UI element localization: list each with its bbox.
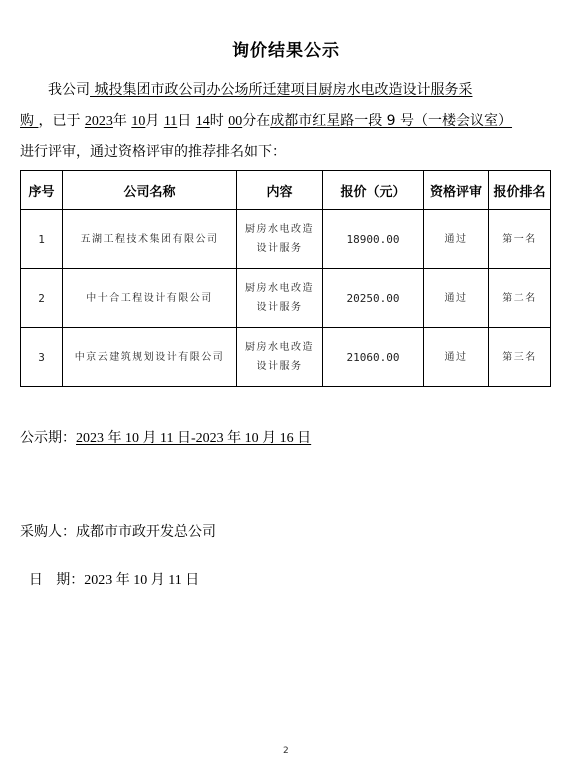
document-date: 日 期：2023 年 10 月 11 日 bbox=[20, 553, 199, 589]
content-line-1: 厨房水电改造 bbox=[245, 342, 314, 353]
content-line-2: 设计服务 bbox=[257, 243, 303, 254]
publicity-period: 公示期：2023 年 10 月 11 日-2023 年 10 月 16 日 bbox=[20, 427, 311, 447]
cell-review: 通过 bbox=[424, 269, 489, 328]
review-day: 11 bbox=[164, 114, 177, 129]
content-line-2: 设计服务 bbox=[257, 361, 303, 372]
cell-content: 厨房水电改造设计服务 bbox=[237, 210, 323, 269]
minute-unit: 分在 bbox=[242, 113, 270, 129]
publicity-value: 2023 年 10 月 11 日-2023 年 10 月 16 日 bbox=[76, 431, 311, 446]
cell-rank: 第二名 bbox=[489, 269, 551, 328]
table-header-row: 序号 公司名称 内容 报价（元） 资格评审 报价排名 bbox=[21, 171, 551, 210]
cell-price: 18900.00 bbox=[323, 210, 424, 269]
document-title: 询价结果公示 bbox=[0, 36, 572, 61]
cell-review: 通过 bbox=[424, 210, 489, 269]
intro-line-3: 进行评审，通过资格评审的推荐排名如下： bbox=[20, 137, 550, 168]
publicity-label: 公示期： bbox=[20, 430, 76, 446]
cell-company: 五湖工程技术集团有限公司 bbox=[63, 210, 237, 269]
table-row: 3 中京云建筑规划设计有限公司 厨房水电改造设计服务 21060.00 通过 第… bbox=[21, 328, 551, 387]
project-name: 城投集团市政公司办公场所迁建项目厨房水电改造设计服务采 bbox=[90, 82, 472, 98]
page-number: 2 bbox=[283, 746, 289, 756]
hour-unit: 时 bbox=[210, 113, 228, 129]
date-value: 2023 年 10 月 11 日 bbox=[84, 573, 199, 588]
cell-content: 厨房水电改造设计服务 bbox=[237, 328, 323, 387]
content-line-1: 厨房水电改造 bbox=[245, 224, 314, 235]
cell-price: 20250.00 bbox=[323, 269, 424, 328]
date-label: 日 期： bbox=[29, 572, 84, 588]
review-year: 2023 bbox=[85, 114, 113, 129]
text-already: ，已于 bbox=[38, 113, 84, 129]
review-month: 10 bbox=[131, 114, 145, 129]
intro-line-2: 购 ，已于 2023年 10月 11日 14时 00分在成都市红星路一段 9 号… bbox=[20, 106, 550, 137]
project-name-end: 购 bbox=[20, 113, 38, 129]
purchaser-value: 成都市市政开发总公司 bbox=[76, 524, 216, 540]
content-line-2: 设计服务 bbox=[257, 302, 303, 313]
content-line-1: 厨房水电改造 bbox=[245, 283, 314, 294]
header-content: 内容 bbox=[237, 171, 323, 210]
review-minute: 00 bbox=[228, 114, 242, 129]
purchaser-label: 采购人： bbox=[20, 524, 76, 540]
cell-no: 3 bbox=[21, 328, 63, 387]
results-table: 序号 公司名称 内容 报价（元） 资格评审 报价排名 1 五湖工程技术集团有限公… bbox=[20, 170, 551, 387]
cell-price: 21060.00 bbox=[323, 328, 424, 387]
header-price: 报价（元） bbox=[323, 171, 424, 210]
cell-rank: 第一名 bbox=[489, 210, 551, 269]
header-rank: 报价排名 bbox=[489, 171, 551, 210]
header-no: 序号 bbox=[21, 171, 63, 210]
purchaser: 采购人：成都市市政开发总公司 bbox=[20, 521, 216, 541]
month-unit: 月 bbox=[145, 113, 163, 129]
table-row: 2 中十合工程设计有限公司 厨房水电改造设计服务 20250.00 通过 第二名 bbox=[21, 269, 551, 328]
cell-company: 中京云建筑规划设计有限公司 bbox=[63, 328, 237, 387]
cell-no: 2 bbox=[21, 269, 63, 328]
review-hour: 14 bbox=[196, 114, 210, 129]
review-location: 成都市红星路一段 9 号（一楼会议室） bbox=[270, 113, 512, 129]
day-unit: 日 bbox=[177, 113, 195, 129]
cell-company: 中十合工程设计有限公司 bbox=[63, 269, 237, 328]
intro-line-1: 我公司 城投集团市政公司办公场所迁建项目厨房水电改造设计服务采 bbox=[20, 75, 550, 106]
cell-no: 1 bbox=[21, 210, 63, 269]
year-unit: 年 bbox=[113, 113, 131, 129]
header-review: 资格评审 bbox=[424, 171, 489, 210]
table-row: 1 五湖工程技术集团有限公司 厨房水电改造设计服务 18900.00 通过 第一… bbox=[21, 210, 551, 269]
intro-prefix: 我公司 bbox=[20, 82, 90, 98]
intro-paragraph: 我公司 城投集团市政公司办公场所迁建项目厨房水电改造设计服务采 购 ，已于 20… bbox=[20, 75, 550, 168]
cell-review: 通过 bbox=[424, 328, 489, 387]
cell-content: 厨房水电改造设计服务 bbox=[237, 269, 323, 328]
cell-rank: 第三名 bbox=[489, 328, 551, 387]
header-company: 公司名称 bbox=[63, 171, 237, 210]
